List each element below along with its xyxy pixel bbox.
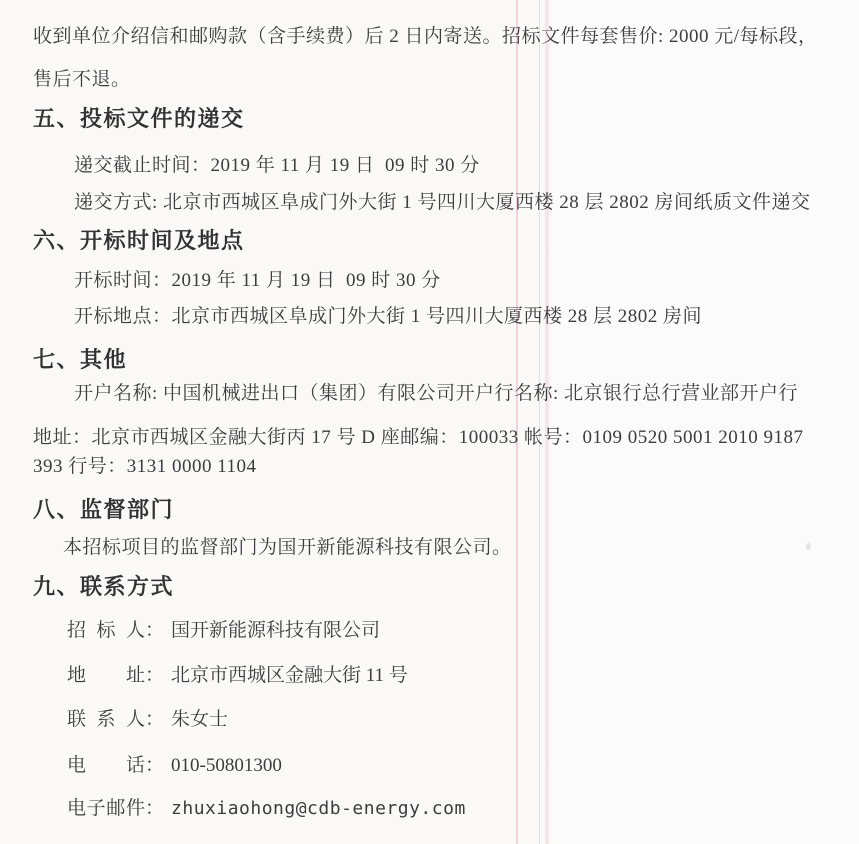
contact-row-contact-person: 联系人：朱女士 (67, 709, 228, 731)
paragraph-line: 递交截止时间：2019 年 11 月 19 日 09 时 30 分 (74, 155, 480, 177)
contact-value: 朱女士 (171, 709, 228, 730)
contact-colon: ： (145, 665, 164, 686)
contact-row-email: 电子邮件：zhuxiaohong@cdb-energy.com (67, 798, 466, 820)
paragraph-line: 393 行号：3131 0000 1104 (33, 456, 257, 478)
contact-row-phone: 电话：010-50801300 (67, 755, 282, 777)
paragraph-line: 开标地点：北京市西城区阜成门外大街 1 号四川大厦西楼 28 层 2802 房间 (74, 306, 702, 328)
document-page: 收到单位介绍信和邮购款（含手续费）后 2 日内寄送。招标文件每套售价: 2000… (0, 0, 859, 844)
section-heading-9: 九、联系方式 (33, 574, 174, 600)
contact-value: 国开新能源科技有限公司 (171, 620, 380, 641)
section-heading-7: 七、其他 (33, 347, 127, 373)
contact-label: 地址 (67, 665, 145, 687)
section-heading-6: 六、开标时间及地点 (33, 228, 245, 254)
contact-label: 电话 (67, 755, 145, 777)
paragraph-line: 开户名称: 中国机械进出口（集团）有限公司开户行名称: 北京银行总行营业部开户行 (74, 383, 798, 405)
contact-value: 010-50801300 (171, 755, 282, 776)
section-heading-8: 八、监督部门 (33, 497, 174, 523)
contact-row-address: 地址：北京市西城区金融大街 11 号 (67, 665, 408, 687)
section-heading-5: 五、投标文件的递交 (33, 106, 245, 132)
contact-label: 联系人 (67, 709, 145, 731)
contact-value: 北京市西城区金融大街 11 号 (171, 665, 408, 686)
contact-colon: ： (145, 755, 164, 776)
paragraph-line: 地址：北京市西城区金融大街丙 17 号 D 座邮编：100033 帐号：0109… (33, 427, 803, 449)
contact-colon: ： (145, 709, 164, 730)
contact-colon: ： (145, 798, 164, 819)
contact-value-email: zhuxiaohong@cdb-energy.com (171, 798, 466, 819)
paragraph-line: 开标时间：2019 年 11 月 19 日 09 时 30 分 (74, 270, 441, 292)
contact-label: 电子邮件 (67, 798, 145, 820)
scan-speck (806, 543, 811, 550)
paragraph-line: 售后不退。 (33, 69, 131, 91)
contact-label: 招标人 (67, 620, 145, 642)
paragraph-line: 递交方式: 北京市西城区阜成门外大街 1 号四川大厦西楼 28 层 2802 房… (74, 192, 811, 214)
paragraph-line: 收到单位介绍信和邮购款（含手续费）后 2 日内寄送。招标文件每套售价: 2000… (33, 26, 818, 48)
scan-artifact-line (545, 0, 549, 844)
contact-row-tenderer: 招标人：国开新能源科技有限公司 (67, 620, 380, 642)
scan-artifact-line (516, 0, 518, 844)
contact-colon: ： (145, 620, 164, 641)
scan-artifact-line (539, 0, 540, 844)
paragraph-line: 本招标项目的监督部门为国开新能源科技有限公司。 (63, 537, 512, 559)
